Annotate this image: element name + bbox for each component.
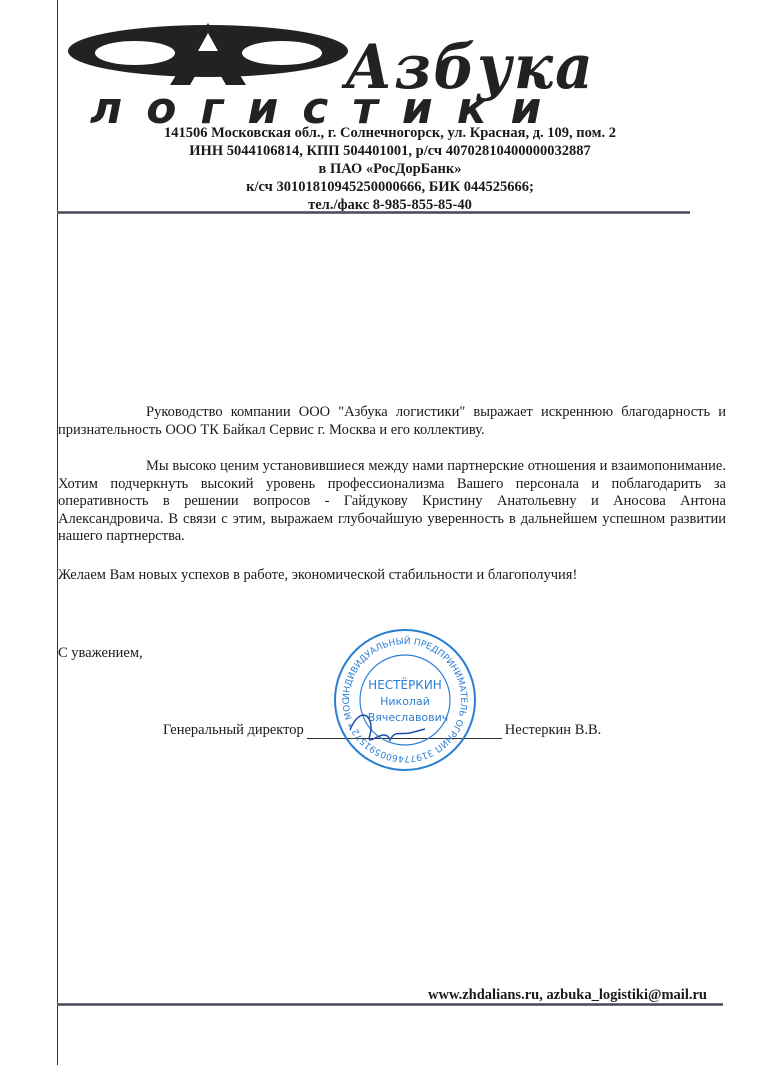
address-line: 141506 Московская обл., г. Солнечногорск… [130, 124, 650, 142]
corr-account-line: к/сч 30101810945250000666, БИК 044525666… [130, 178, 650, 196]
tax-account-line: ИНН 5044106814, КПП 504401001, р/сч 4070… [130, 142, 650, 160]
company-stamp: ИНДИВИДУАЛЬНЫЙ ПРЕДПРИНИМАТЕЛЬ ОГРНИП 31… [330, 625, 480, 775]
company-logo: Азбука логистики [60, 15, 710, 125]
footer-divider [57, 1003, 723, 1006]
logo-emblem-icon [60, 15, 360, 85]
signer-title: Генеральный директор [163, 722, 304, 739]
stamp-seal-icon: ИНДИВИДУАЛЬНЫЙ ПРЕДПРИНИМАТЕЛЬ ОГРНИП 31… [330, 625, 480, 775]
paragraph-partnership: Мы высоко ценим установившиеся между нам… [58, 458, 726, 546]
svg-text:Николай: Николай [380, 695, 430, 708]
signer-name: Нестеркин В.В. [505, 722, 602, 739]
svg-text:НЕСТЁРКИН: НЕСТЁРКИН [368, 677, 442, 692]
header-divider [57, 211, 690, 214]
closing-greeting: С уважением, [58, 645, 143, 662]
paragraph-wishes: Желаем Вам новых успехов в работе, эконо… [58, 567, 726, 585]
company-requisites: 141506 Московская обл., г. Солнечногорск… [130, 124, 650, 214]
paragraph-gratitude: Руководство компании ООО "Азбука логисти… [58, 404, 726, 439]
bank-line: в ПАО «РосДорБанк» [130, 160, 650, 178]
svg-text:Вячеславович: Вячеславович [368, 711, 449, 724]
footer-contacts: www.zhdalians.ru, azbuka_logistiki@mail.… [428, 987, 707, 1004]
